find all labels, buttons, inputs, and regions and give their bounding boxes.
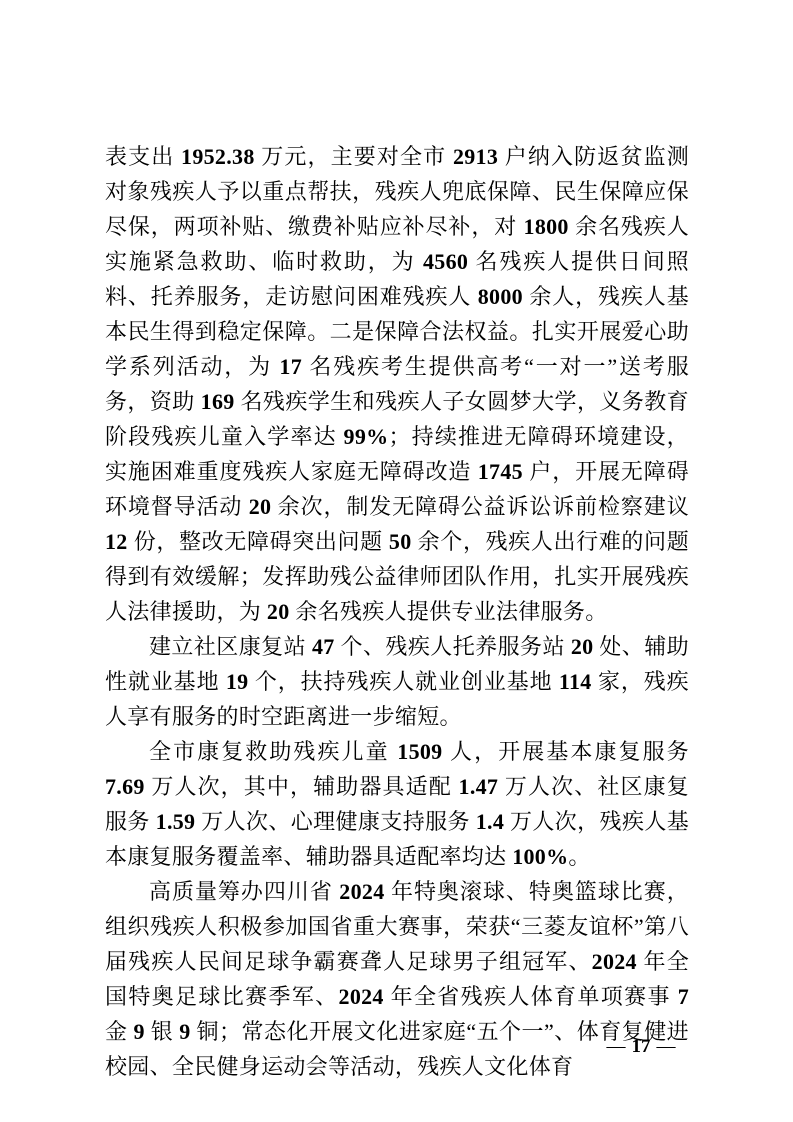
text-run: 金 bbox=[105, 1019, 133, 1044]
number-run: 47 bbox=[312, 634, 335, 659]
text-run: 余次，制发无障碍公益诉讼诉前检察建议 bbox=[271, 494, 689, 519]
number-run: 20 bbox=[249, 494, 272, 519]
paragraph: 建立社区康复站 47 个、残疾人托养服务站 20 处、辅助性就业基地 19 个，… bbox=[105, 629, 689, 734]
text-run: 份，整改无障碍突出问题 bbox=[128, 529, 389, 554]
number-run: 50 bbox=[389, 529, 412, 554]
number-run: 1509 bbox=[397, 739, 442, 764]
number-run: 2913 bbox=[453, 144, 498, 169]
number-run: 7.69 bbox=[105, 774, 145, 799]
page-footer: —17— bbox=[596, 1034, 686, 1060]
text-run: 。 bbox=[568, 844, 590, 869]
number-run: 9 bbox=[133, 1019, 144, 1044]
text-run: 万人次、心理健康支持服务 bbox=[195, 809, 475, 834]
number-run: 9 bbox=[179, 1019, 190, 1044]
number-run: 169 bbox=[201, 389, 235, 414]
number-run: 8000 bbox=[478, 284, 523, 309]
number-run: 17 bbox=[279, 354, 302, 379]
text-run: 余名残疾人提供专业法律服务。 bbox=[290, 599, 608, 624]
number-run: 1952.38 bbox=[181, 144, 255, 169]
text-run: 个，扶持残疾人就业创业基地 bbox=[248, 669, 558, 694]
number-run: 1.59 bbox=[156, 809, 196, 834]
text-run: 高质量筹办四川省 bbox=[149, 879, 339, 904]
text-run: 万人次，其中，辅助器具适配 bbox=[145, 774, 459, 799]
number-run: 12 bbox=[105, 529, 128, 554]
number-run: 99% bbox=[344, 424, 389, 449]
number-run: 1.47 bbox=[459, 774, 499, 799]
document-page: 表支出 1952.38 万元，主要对全市 2913 户纳入防返贫监测对象残疾人予… bbox=[0, 0, 793, 1122]
number-run: 1.4 bbox=[476, 809, 504, 834]
number-run: 20 bbox=[267, 599, 290, 624]
text-run: 万元，主要对全市 bbox=[255, 144, 453, 169]
number-run: 1745 bbox=[478, 459, 523, 484]
footer-right-dash: — bbox=[651, 1036, 682, 1057]
footer-left-dash: — bbox=[601, 1036, 632, 1057]
text-run: 银 bbox=[145, 1019, 179, 1044]
number-run: 4560 bbox=[423, 249, 468, 274]
number-run: 1800 bbox=[524, 214, 569, 239]
document-body: 表支出 1952.38 万元，主要对全市 2913 户纳入防返贫监测对象残疾人予… bbox=[105, 139, 689, 1084]
number-run: 19 bbox=[226, 669, 249, 694]
number-run: 2024 bbox=[592, 949, 637, 974]
number-run: 20 bbox=[571, 634, 594, 659]
text-run: 人，开展基本康复服务 bbox=[442, 739, 689, 764]
number-run: 7 bbox=[678, 984, 689, 1009]
number-run: 2024 bbox=[339, 984, 384, 1009]
text-run: 个、残疾人托养服务站 bbox=[335, 634, 571, 659]
number-run: 100% bbox=[512, 844, 568, 869]
paragraph: 全市康复救助残疾儿童 1509 人，开展基本康复服务 7.69 万人次，其中，辅… bbox=[105, 734, 689, 874]
number-run: 114 bbox=[559, 669, 592, 694]
text-run: 年全省残疾人体育单项赛事 bbox=[384, 984, 678, 1009]
text-run: 建立社区康复站 bbox=[149, 634, 312, 659]
text-run: 全市康复救助残疾儿童 bbox=[149, 739, 397, 764]
paragraph: 表支出 1952.38 万元，主要对全市 2913 户纳入防返贫监测对象残疾人予… bbox=[105, 139, 689, 629]
text-run: 表支出 bbox=[105, 144, 181, 169]
number-run: 2024 bbox=[339, 879, 384, 904]
page-number: 17 bbox=[632, 1036, 651, 1057]
